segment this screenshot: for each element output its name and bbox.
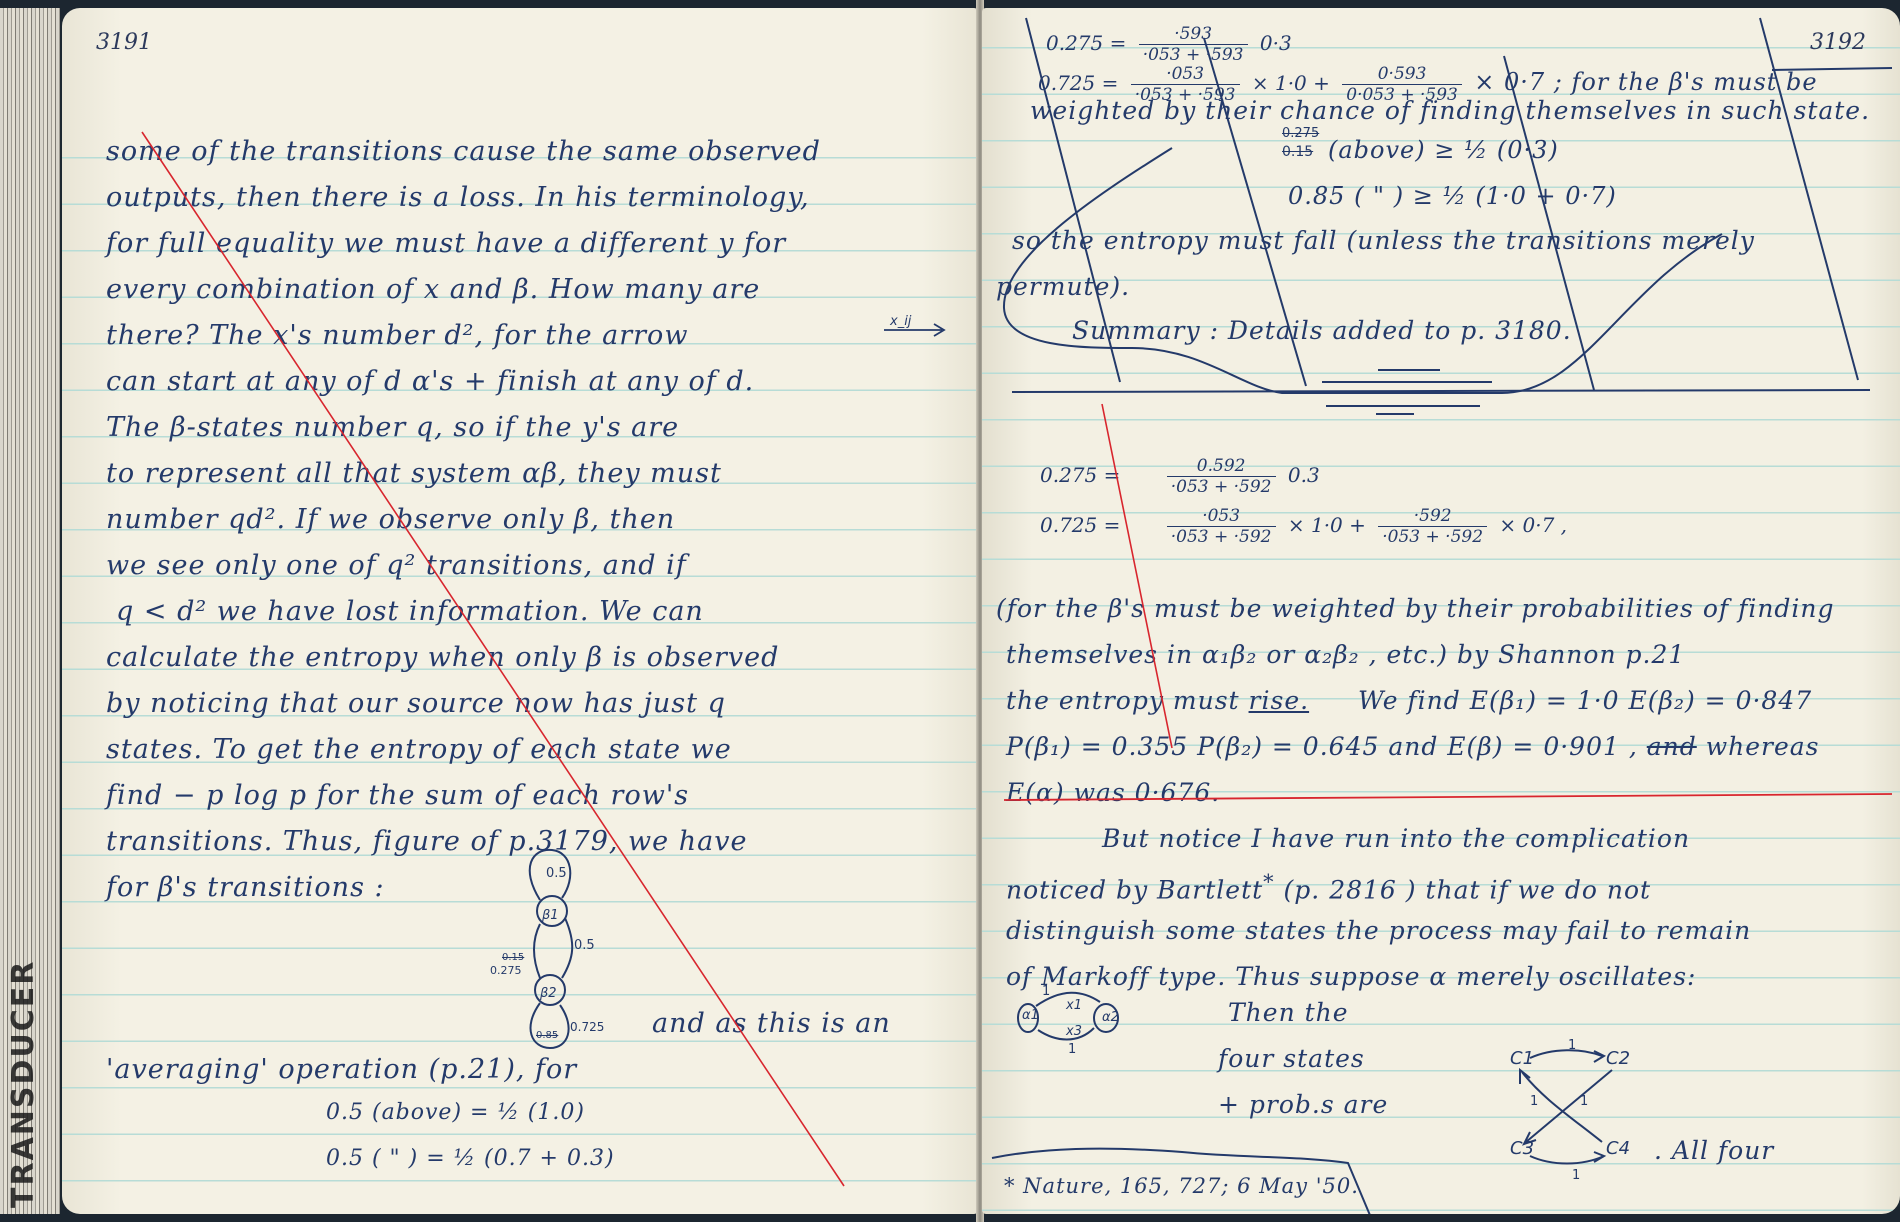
text-line: some of the transitions cause the same o… bbox=[106, 136, 821, 167]
c4-node: C4 bbox=[1606, 1138, 1630, 1159]
text-line: for full equality we must have a differe… bbox=[106, 228, 786, 259]
crossed-line: weighted by their chance of finding them… bbox=[1030, 96, 1870, 125]
text-line: (for the β's must be weighted by their p… bbox=[996, 594, 1835, 623]
text-line: and as this is an bbox=[652, 1008, 891, 1039]
alpha2-node-label: α2 bbox=[1102, 1010, 1119, 1025]
struck-value: 0.275 bbox=[1282, 126, 1319, 141]
edge-stamp: TRANSDUCER bbox=[6, 48, 52, 1208]
edge-label: 1 bbox=[1580, 1094, 1588, 1109]
text-line: to represent all that system αβ, they mu… bbox=[106, 458, 722, 489]
text-line: themselves in α₁β₂ or α₂β₂ , etc.) by Sh… bbox=[1006, 640, 1685, 669]
footnote-marker: * bbox=[1263, 870, 1274, 894]
alpha-top-label: 1 bbox=[1042, 984, 1050, 999]
struck-label: 0.15 bbox=[502, 952, 524, 963]
text-line: states. To get the entropy of each state… bbox=[106, 734, 732, 765]
text-line: distinguish some states the process may … bbox=[1006, 916, 1751, 945]
text-line: for β's transitions : bbox=[106, 872, 385, 903]
text-line: transitions. Thus, figure of p.3179, we … bbox=[106, 826, 747, 857]
equation-b: 0.725 = ·053·053 + ·592 × 1·0 + ·592·053… bbox=[1040, 506, 1567, 547]
page-edges: TRANSDUCER bbox=[0, 8, 60, 1214]
text-line: . All four bbox=[1654, 1136, 1774, 1165]
struck-value: 0.15 bbox=[1282, 144, 1313, 160]
crossed-line: permute). bbox=[996, 272, 1130, 301]
text-line: noticed by Bartlett* (p. 2816 ) that if … bbox=[1006, 870, 1651, 904]
crossed-equation-1: 0.275 = ·593·053 + ·593 0·3 bbox=[1046, 24, 1292, 65]
edge-label: 1 bbox=[1568, 1038, 1576, 1053]
beta2-to-beta1-label: 0.275 bbox=[490, 964, 522, 977]
equation: 0.5 (above) = ½ (1.0) bbox=[326, 1100, 585, 1125]
equation: 0.5 ( " ) = ½ (0.7 + 0.3) bbox=[326, 1146, 615, 1171]
text-line: there? The x's number d², for the arrow bbox=[106, 320, 688, 351]
text-line: 'averaging' operation (p.21), for bbox=[106, 1054, 577, 1085]
beta1-node-label: β1 bbox=[542, 908, 559, 923]
edge-label: 1 bbox=[1572, 1168, 1580, 1183]
beta1-to-beta2-label: 0.5 bbox=[574, 938, 595, 953]
text-line: Then the bbox=[1228, 998, 1349, 1027]
text-line: outputs, then there is a loss. In his te… bbox=[106, 182, 810, 213]
c3-node: C3 bbox=[1510, 1138, 1534, 1159]
beta2-self-loop-label: 0.725 bbox=[570, 1020, 604, 1034]
text-line: find − p log p for the sum of each row's bbox=[106, 780, 689, 811]
text-line: q < d² we have lost information. We can bbox=[116, 596, 704, 627]
page-number: 3191 bbox=[96, 30, 152, 55]
alpha-bottom-edge: x3 bbox=[1066, 1024, 1082, 1039]
text-line: we see only one of q² transitions, and i… bbox=[106, 550, 687, 581]
right-page: 3192 0.275 = ·593·053 + ·593 0·3 0.725 =… bbox=[982, 8, 1900, 1214]
crossed-line: so the entropy must fall (unless the tra… bbox=[1012, 226, 1755, 255]
crossed-summary: Summary : Details added to p. 3180. bbox=[1072, 316, 1572, 345]
crossed-line: (above) ≥ ½ (0·3) bbox=[1328, 136, 1559, 164]
text-line: P(β₁) = 0.355 P(β₂) = 0.645 and E(β) = 0… bbox=[1006, 732, 1820, 761]
text-line: calculate the entropy when only β is obs… bbox=[106, 642, 779, 673]
text-line: E(α) was 0·676. bbox=[1006, 778, 1220, 807]
text-line: can start at any of d α's + finish at an… bbox=[106, 366, 754, 397]
arrow-label: x_ij bbox=[890, 314, 911, 329]
text-line: + prob.s are bbox=[1218, 1090, 1388, 1119]
equation-a: 0.275 = 0.592·053 + ·592 0.3 bbox=[1040, 456, 1320, 497]
c1-node: C1 bbox=[1510, 1048, 1534, 1069]
struck-label: 0.85 bbox=[536, 1030, 558, 1041]
text-line: The β-states number q, so if the y's are bbox=[106, 412, 679, 443]
text-line: number qd². If we observe only β, then bbox=[106, 504, 675, 535]
text-line: four states bbox=[1218, 1044, 1365, 1073]
alpha-bottom-label: 1 bbox=[1068, 1042, 1076, 1057]
alpha-top-edge: x1 bbox=[1066, 998, 1082, 1013]
footnote: * Nature, 165, 727; 6 May '50. bbox=[1004, 1174, 1359, 1198]
beta2-node-label: β2 bbox=[540, 986, 557, 1001]
beta1-self-loop-label: 0.5 bbox=[546, 866, 567, 881]
emphasis-rise: rise. bbox=[1249, 686, 1310, 715]
text-line: the entropy must rise. We find E(β₁) = 1… bbox=[1006, 686, 1812, 715]
page-number: 3192 bbox=[1810, 30, 1866, 55]
text-line: of Markoff type. Thus suppose α merely o… bbox=[1006, 962, 1696, 991]
text-line: by noticing that our source now has just… bbox=[106, 688, 726, 719]
left-page: 3191 some of the transitions cause the s… bbox=[62, 8, 978, 1214]
edge-label: 1 bbox=[1530, 1094, 1538, 1109]
notebook-spread: TRANSDUCER 3191 some of the transitions … bbox=[0, 0, 1900, 1222]
c2-node: C2 bbox=[1606, 1048, 1630, 1069]
alpha1-node-label: α1 bbox=[1022, 1008, 1039, 1023]
text-line: every combination of x and β. How many a… bbox=[106, 274, 760, 305]
crossed-line: 0.85 ( " ) ≥ ½ (1·0 + 0·7) bbox=[1288, 182, 1617, 210]
text-line: But notice I have run into the complicat… bbox=[1102, 824, 1690, 853]
